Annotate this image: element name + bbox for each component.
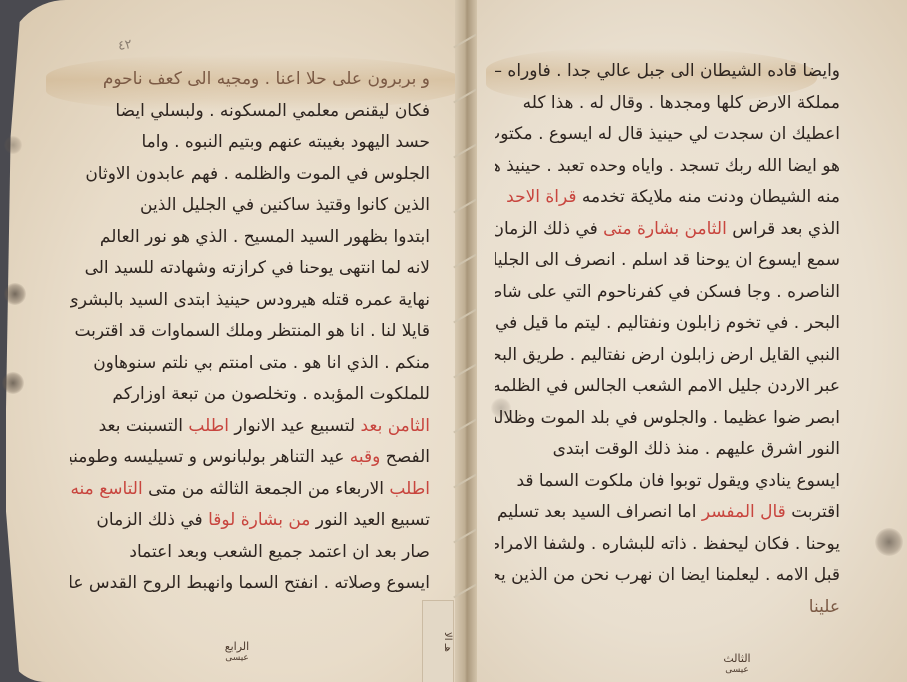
line-text: اما انصراف السيد بعد تسليم [497, 502, 702, 522]
left-page-text: و بربرون على حلا اعنا . ومجيه الى كعف نا… [70, 64, 430, 600]
catchword-text: الرابع [212, 640, 262, 653]
manuscript-line: تسبيع العيد النور من بشارة لوقا في ذلك ا… [70, 505, 430, 537]
manuscript-line: النبي القايل ارض زابلون ارض نفتاليم . طر… [495, 340, 840, 372]
line-text: منه الشيطان ودنت منه ملايكة تخدمه [577, 187, 840, 207]
paper-spot [2, 372, 24, 394]
line-text: في ذلك الزمان [96, 510, 208, 530]
rubric-text: الثامن بشارة متى [603, 219, 727, 239]
manuscript-line: الناصره . وجا فسكن في كفرناحوم التي على … [495, 277, 840, 309]
manuscript-line: وايضا قاده الشيطان الى جبل عالي جدا . فا… [495, 56, 840, 88]
line-text: الذي بعد قراس [727, 219, 840, 239]
manuscript-line: مملكة الارض كلها ومجدها . وقال له . هذا … [495, 88, 840, 120]
manuscript-line: منكم . الذي انا هو . متى امنتم بي نلتم س… [70, 348, 430, 380]
manuscript-line: ابتدوا بظهور السيد المسيح . الذي هو نور … [70, 222, 430, 254]
rubric-text: اطلب [389, 479, 430, 499]
binding-gutter [455, 0, 477, 682]
line-text: تسبيع العيد النور [310, 510, 430, 530]
rubric-text: قراة الاحد [506, 187, 576, 207]
manuscript-line: يوحنا . فكان ليحفظ . ذاته للبشاره . ولشف… [495, 529, 840, 561]
rubric-text: اطلب [188, 416, 229, 436]
paper-spot [4, 283, 26, 305]
manuscript-line: الذي بعد قراس الثامن بشارة متى في ذلك ال… [495, 214, 840, 246]
rubric-text: وقبه [350, 447, 381, 467]
manuscript-line: اقتربت قال المفسر اما انصراف السيد بعد ت… [495, 497, 840, 529]
manuscript-line: النور اشرق عليهم . منذ ذلك الوقت ابتدى [495, 434, 840, 466]
line-text: التسبنت بعد [99, 416, 189, 436]
manuscript-line: الذين كانوا وقتيذ ساكنين في الجليل الذين [70, 190, 430, 222]
manuscript-spread: ٤٢ و بربرون على حلا اعنا . ومجيه الى كعف… [0, 0, 907, 682]
manuscript-line: و بربرون على حلا اعنا . ومجيه الى كعف نا… [70, 64, 430, 96]
right-page-text: وايضا قاده الشيطان الى جبل عالي جدا . فا… [495, 56, 840, 623]
paper-spot [875, 528, 903, 556]
right-catchword: الثالث عيسى [712, 652, 762, 675]
line-text: لتسبيع عيد الانوار [229, 416, 360, 436]
manuscript-line: قبل الامه . ليعلمنا ايضا ان نهرب نحن من … [495, 560, 840, 592]
manuscript-line: ايسوع ينادي ويقول توبوا فان ملكوت السما … [495, 466, 840, 498]
line-text: اقتربت [786, 502, 840, 522]
left-catchword: الرابع عيسى [212, 640, 262, 663]
paper-spot [4, 136, 22, 154]
manuscript-line: علينا [495, 592, 840, 624]
catchword-subtext: عيسى [712, 665, 762, 675]
manuscript-line: منه الشيطان ودنت منه ملايكة تخدمه قراة ا… [495, 182, 840, 214]
manuscript-line: عبر الاردن جليل الامم الشعب الجالس في ال… [495, 371, 840, 403]
manuscript-line: البحر . في تخوم زابلون ونفتاليم . ليتم م… [495, 308, 840, 340]
rubric-text: قال المفسر [702, 502, 786, 522]
manuscript-line: حسد اليهود بغيبته عنهم وبتيم النبوه . وا… [70, 127, 430, 159]
manuscript-line: هو ايضا الله ربك تسجد . واياه وحده تعبد … [495, 151, 840, 183]
folio-number: ٤٢ [117, 37, 133, 54]
catchword-subtext: عيسى [212, 653, 262, 663]
manuscript-line: الثامن بعد لتسبيع عيد الانوار اطلب التسب… [70, 411, 430, 443]
manuscript-line: سمع ايسوع ان يوحنا قد اسلم . انصرف الى ا… [495, 245, 840, 277]
line-text: في ذلك الزمان لما [495, 219, 603, 239]
manuscript-line: الفصح وقبه عيد التناهر بولبانوس و تسيليس… [70, 442, 430, 474]
manuscript-line: صار بعد ان اعتمد جميع الشعب وبعد اعتماد [70, 537, 430, 569]
manuscript-line: فكان ليقنص معلمي المسكونه . ولبسلي ايضا [70, 96, 430, 128]
catchword-text: الثالث [712, 652, 762, 665]
rubric-text: من بشارة لوقا [208, 510, 310, 530]
manuscript-line: اعطيك ان سجدت لي حينيذ قال له ايسوع . مك… [495, 119, 840, 151]
rubric-text: الثامن بعد [360, 416, 430, 436]
manuscript-line: اطلب الاربعاء من الجمعة الثالثه من متى ا… [70, 474, 430, 506]
manuscript-line: قايلا لنا . انا هو المنتظر وملك السماوات… [70, 316, 430, 348]
line-text: الاربعاء من الجمعة الثالثه من متى [143, 479, 390, 499]
manuscript-line: ابصر ضوا عظيما . والجلوس في بلد الموت وظ… [495, 403, 840, 435]
slip-text: هـ الا [442, 632, 453, 652]
gutter-paper-slip: هـ الا [422, 600, 454, 682]
rubric-text: التاسع منه [70, 479, 142, 499]
line-text: عيد التناهر بولبانوس و تسيليسه وطومنيقد [70, 447, 350, 467]
manuscript-line: نهاية عمره قتله هيرودس حينيذ ابتدى السيد… [70, 285, 430, 317]
line-text: الفصح [380, 447, 430, 467]
manuscript-line: ايسوع وصلاته . انفتح السما وانهبط الروح … [70, 568, 430, 600]
manuscript-line: الجلوس في الموت والظلمه . فهم عابدون الا… [70, 159, 430, 191]
manuscript-line: لانه لما انتهى يوحنا في كرازته وشهادته ل… [70, 253, 430, 285]
manuscript-line: للملكوت المؤبده . وتخلصون من تبعة اوزارك… [70, 379, 430, 411]
